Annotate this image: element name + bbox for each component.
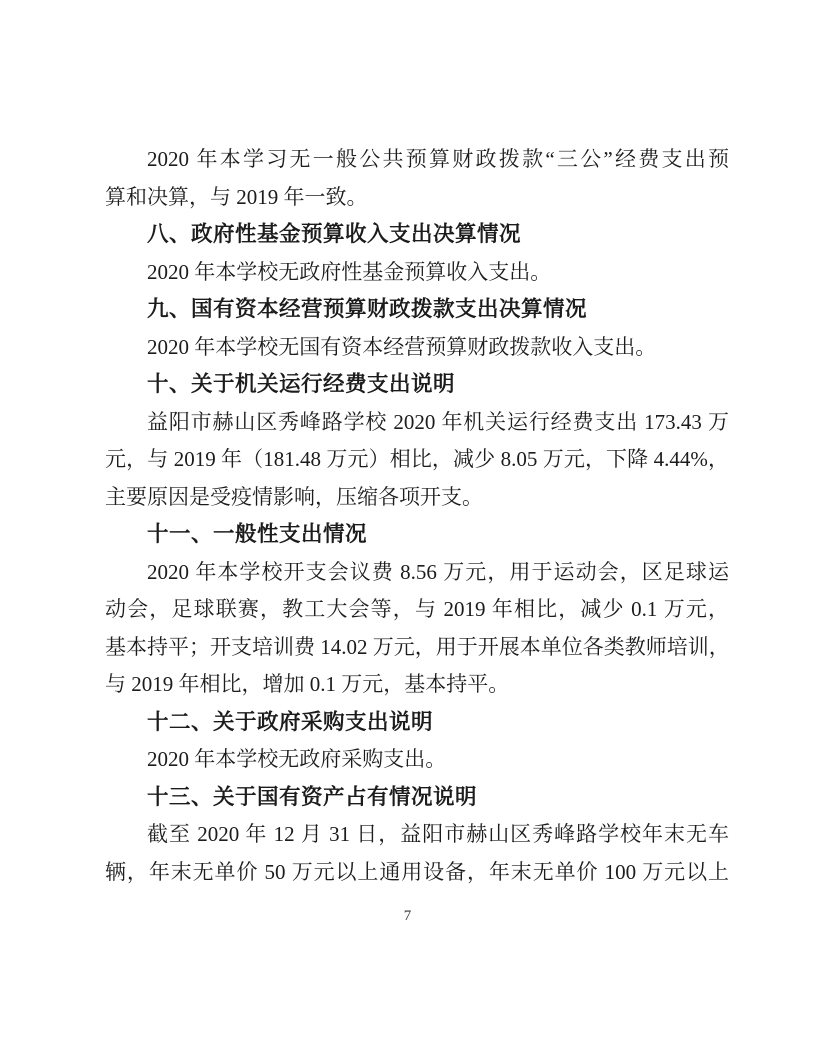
- text-line: 2020 年本学校无政府采购支出。: [105, 741, 729, 779]
- text-line: 益阳市赫山区秀峰路学校 2020 年机关运行经费支出 173.43 万: [105, 404, 729, 442]
- text-line: 2020 年本学校开支会议费 8.56 万元，用于运动会，区足球运: [105, 554, 729, 592]
- text-line: 算和决算，与 2019 年一致。: [105, 179, 729, 217]
- section-heading: 十一、一般性支出情况: [105, 516, 729, 554]
- text-line: 主要原因是受疫情影响，压缩各项开支。: [105, 479, 729, 517]
- text-line: 基本持平；开支培训费 14.02 万元，用于开展本单位各类教师培训，: [105, 629, 729, 667]
- section-heading: 十二、关于政府采购支出说明: [105, 704, 729, 742]
- section-heading: 十三、关于国有资产占有情况说明: [105, 779, 729, 817]
- text-line: 2020 年本学习无一般公共预算财政拨款“三公”经费支出预: [105, 141, 729, 179]
- document-content: 2020 年本学习无一般公共预算财政拨款“三公”经费支出预算和决算，与 2019…: [105, 141, 729, 891]
- text-line: 元，与 2019 年（181.48 万元）相比，减少 8.05 万元，下降 4.…: [105, 441, 729, 479]
- section-heading: 八、政府性基金预算收入支出决算情况: [105, 216, 729, 254]
- page-number: 7: [0, 905, 815, 927]
- text-line: 截至 2020 年 12 月 31 日，益阳市赫山区秀峰路学校年末无车: [105, 816, 729, 854]
- document-page: 2020 年本学习无一般公共预算财政拨款“三公”经费支出预算和决算，与 2019…: [0, 0, 815, 1055]
- text-line: 辆，年末无单价 50 万元以上通用设备，年末无单价 100 万元以上: [105, 854, 729, 892]
- text-line: 动会，足球联赛，教工大会等，与 2019 年相比，减少 0.1 万元，: [105, 591, 729, 629]
- text-line: 2020 年本学校无政府性基金预算收入支出。: [105, 254, 729, 292]
- text-line: 2020 年本学校无国有资本经营预算财政拨款收入支出。: [105, 329, 729, 367]
- text-line: 与 2019 年相比，增加 0.1 万元，基本持平。: [105, 666, 729, 704]
- section-heading: 十、关于机关运行经费支出说明: [105, 366, 729, 404]
- section-heading: 九、国有资本经营预算财政拨款支出决算情况: [105, 291, 729, 329]
